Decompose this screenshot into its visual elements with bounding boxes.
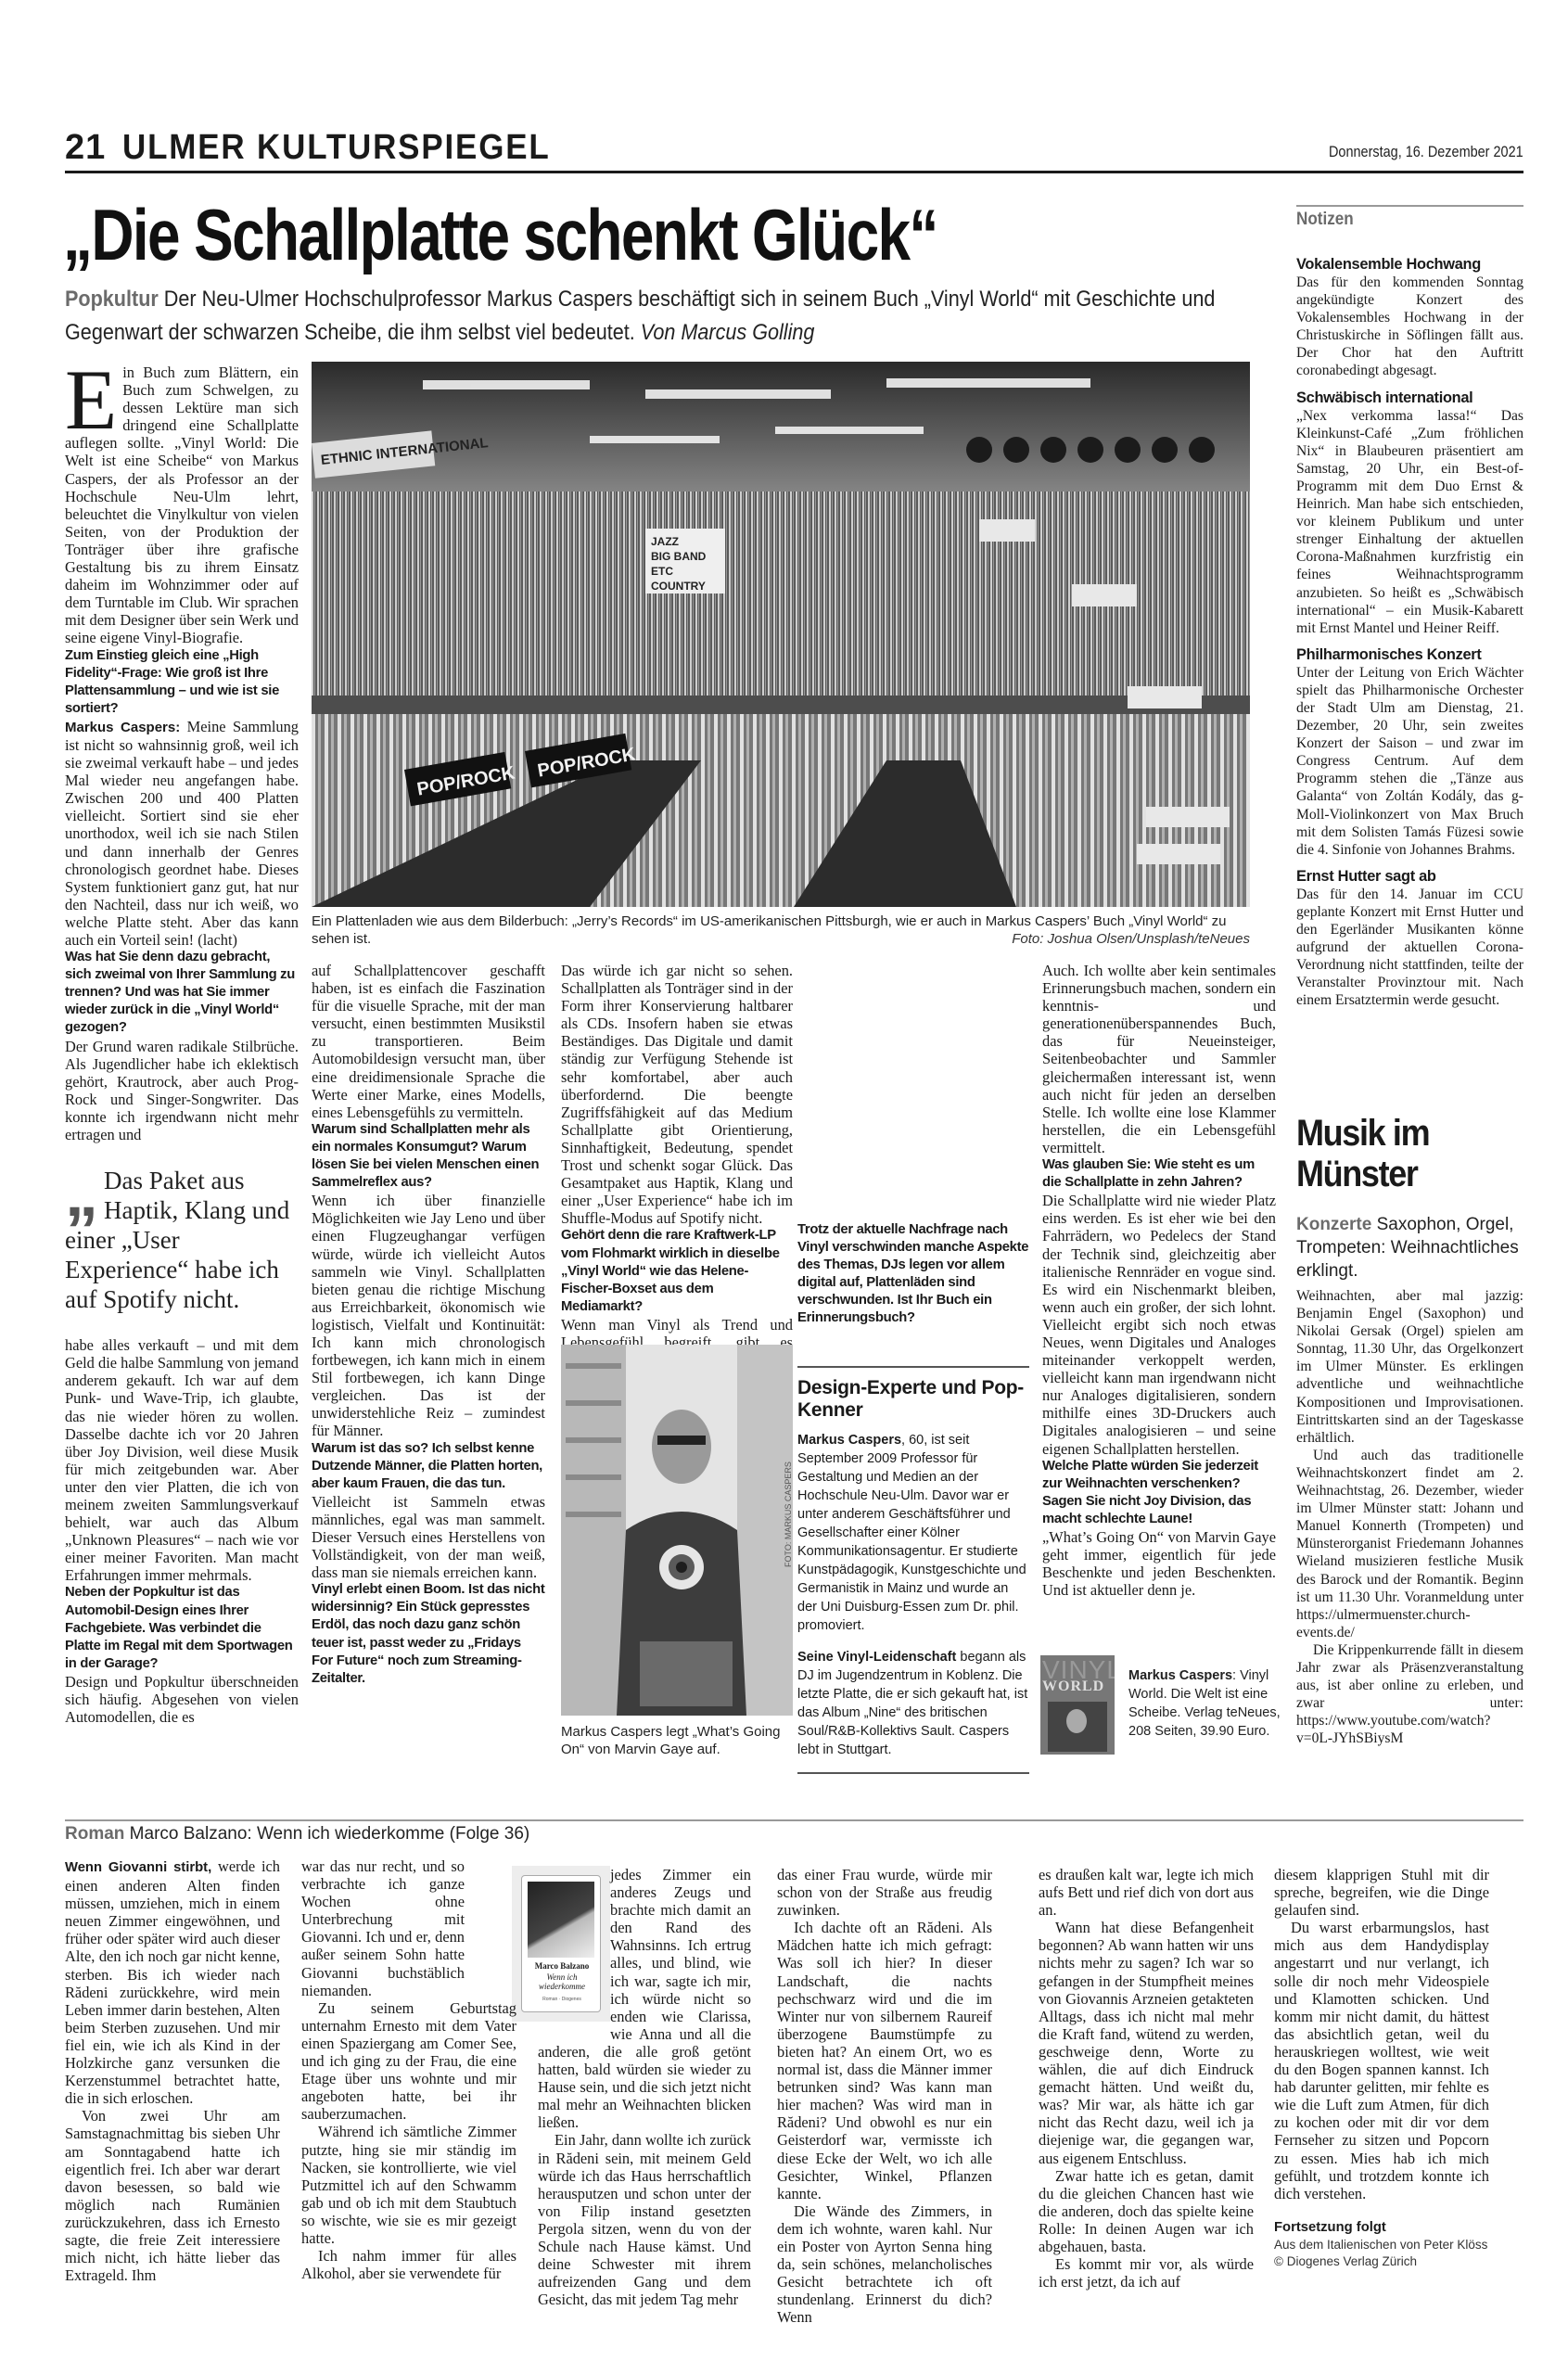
- section-title: ULMER KULTURSPIEGEL: [122, 128, 551, 168]
- note-heading: Schwäbisch international: [1296, 389, 1523, 407]
- interview-question: Was glauben Sie: Wie steht es um die Sch…: [1042, 1156, 1276, 1192]
- roman-column-4: das einer Frau wurde, würde mir schon vo…: [777, 1866, 992, 2326]
- interview-answer: Auch. Ich wollte aber kein sentimales Er…: [1042, 962, 1276, 1156]
- roman-header: Roman Marco Balzano: Wenn ich wiederkomm…: [65, 1824, 529, 1844]
- book-cover: VINYL WORLD: [1040, 1655, 1115, 1755]
- infobox-paragraph: Markus Caspers, 60, ist seit September 2…: [797, 1431, 1029, 1635]
- photo-caption: Ein Plattenladen wie aus dem Bilderbuch:…: [312, 913, 1250, 948]
- note-item: Vokalensemble Hochwang Das für den komme…: [1296, 256, 1523, 380]
- portrait-credit: FOTO: MARKUS CASPERS: [784, 1461, 793, 1567]
- interview-answer: Vielleicht ist Sammeln etwas männliches,…: [312, 1493, 545, 1581]
- article-teaser: Popkultur Der Neu-Ulmer Hochschulprofess…: [65, 283, 1242, 350]
- interview-question: Trotz der aktuelle Nachfrage nach Vinyl …: [797, 1221, 1031, 1328]
- portrait-caption: Markus Caspers legt „What’s Going On“ vo…: [561, 1723, 793, 1758]
- article-column-4: Trotz der aktuelle Nachfrage nach Vinyl …: [797, 962, 1031, 1328]
- bio-infobox: Design-Experte und Pop-Kenner Markus Cas…: [797, 1366, 1029, 1774]
- article-column-2: auf Schallplattencover geschafft haben, …: [312, 962, 545, 1688]
- roman-rule: [65, 1819, 1523, 1821]
- interview-answer: auf Schallplattencover geschafft haben, …: [312, 962, 545, 1121]
- note-text: Unter der Leitung von Erich Wächter spie…: [1296, 664, 1523, 859]
- interview-answer: Wenn ich über finanzielle Möglichkeiten …: [312, 1192, 545, 1439]
- notizen-title: Notizen: [1296, 210, 1354, 230]
- interview-question: Gehört denn die rare Kraftwerk-LP vom Fl…: [561, 1227, 793, 1315]
- issue-date: Donnerstag, 16. Dezember 2021: [1329, 143, 1523, 161]
- portrait-photo: [561, 1345, 793, 1716]
- interview-answer: habe alles verkauft – und mit dem Geld d…: [65, 1336, 299, 1584]
- infobox-title: Design-Experte und Pop-Kenner: [797, 1377, 1029, 1422]
- pullquote: „Das Paket aus Haptik, Klang und einer „…: [65, 1166, 299, 1314]
- notizen-sidebar: Vokalensemble Hochwang Das für den komme…: [1296, 256, 1523, 1009]
- musik-body: Weihnachten, aber mal jazzig: Benjamin E…: [1296, 1287, 1523, 1747]
- copyright-notice: © Diogenes Verlag Zürich: [1274, 2253, 1489, 2270]
- quote-mark-icon: „: [65, 1168, 93, 1219]
- roman-column-5: es draußen kalt war, legte ich mich aufs…: [1039, 1866, 1254, 2291]
- infobox-paragraph: Seine Vinyl-Leidenschaft begann als DJ i…: [797, 1648, 1029, 1759]
- roman-column-3: jedes Zimmer ein anderes Zeugs und brach…: [538, 1866, 751, 2308]
- teaser-kicker: Popkultur: [65, 287, 159, 312]
- note-item: Ernst Hutter sagt ab Das für den 14. Jan…: [1296, 868, 1523, 1010]
- article-intro: Ein Buch zum Blättern, ein Buch zum Schw…: [65, 364, 299, 647]
- interview-question: Warum ist das so? Ich selbst kenne Dutze…: [312, 1440, 545, 1493]
- speaker-label: Markus Caspers:: [65, 720, 180, 735]
- note-heading: Ernst Hutter sagt ab: [1296, 868, 1523, 886]
- page-number: 21: [65, 128, 106, 168]
- note-text: „Nex verkomma lassa!“ Das Kleinkunst-Caf…: [1296, 407, 1523, 637]
- notizen-rule: [1296, 205, 1523, 207]
- svg-text:BIG BAND: BIG BAND: [651, 550, 707, 563]
- continued-label: Fortsetzung folgt: [1274, 2219, 1489, 2237]
- interview-answer: Die Schallplatte wird nie wieder Platz e…: [1042, 1192, 1276, 1457]
- note-text: Das für den kommenden Sonntag angekündig…: [1296, 274, 1523, 380]
- portrait-illustration: [561, 1345, 793, 1716]
- photo-credit: Foto: Joshua Olsen/Unsplash/teNeues: [1012, 930, 1250, 948]
- record-store-illustration: ETHNIC INTERNATIONAL JAZZ BIG BAND ETC C…: [312, 362, 1250, 907]
- roman-column-6: diesem klapprigen Stuhl mit dir spreche,…: [1274, 1866, 1489, 2270]
- note-item: Philharmonisches Konzert Unter der Leitu…: [1296, 646, 1523, 859]
- article-headline: „Die Schallplatte schenkt Glück“: [63, 193, 937, 277]
- svg-text:COUNTRY: COUNTRY: [651, 580, 706, 593]
- roman-column-1: Wenn Giovanni stirbt, werde ich einen an…: [65, 1857, 280, 2284]
- musik-teaser: Konzerte Saxophon, Orgel, Trompeten: Wei…: [1296, 1213, 1523, 1283]
- interview-answer: „What’s Going On“ von Marvin Gaye geht i…: [1042, 1528, 1276, 1599]
- dropcap: E: [65, 365, 117, 434]
- record-store-photo: ETHNIC INTERNATIONAL JAZZ BIG BAND ETC C…: [312, 362, 1250, 907]
- book-info: VINYL WORLD Markus Caspers: Vinyl World.…: [1040, 1655, 1281, 1757]
- interview-answer: Das würde ich gar nicht so sehen. Schall…: [561, 962, 793, 1227]
- book-details: Markus Caspers: Vinyl World. Die Welt is…: [1128, 1666, 1281, 1741]
- roman-column-2: war das nur recht, und so verbrachte ich…: [301, 1857, 516, 2282]
- interview-answer: Markus Caspers: Meine Sammlung ist nicht…: [65, 718, 299, 949]
- musik-headline: Musik im Münster: [1296, 1113, 1501, 1194]
- note-heading: Vokalensemble Hochwang: [1296, 256, 1523, 274]
- interview-answer: Design und Popkultur überschneiden sich …: [65, 1673, 299, 1726]
- interview-answer: Der Grund waren radikale Stilbrüche. Als…: [65, 1038, 299, 1144]
- interview-question: Neben der Popkultur ist das Automobil-De…: [65, 1584, 299, 1672]
- interview-question: Zum Einstieg gleich eine „High Fidelity“…: [65, 647, 299, 718]
- article-column-5: Auch. Ich wollte aber kein sentimales Er…: [1042, 962, 1276, 1599]
- note-heading: Philharmonisches Konzert: [1296, 646, 1523, 664]
- interview-question: Was hat Sie denn dazu gebracht, sich zwe…: [65, 949, 299, 1037]
- note-item: Schwäbisch international „Nex verkomma l…: [1296, 389, 1523, 637]
- roman-lead: Wenn Giovanni stirbt,: [65, 1860, 211, 1875]
- byline: Von Marcus Golling: [641, 320, 815, 345]
- masthead: 21 ULMER KULTURSPIEGEL Donnerstag, 16. D…: [65, 128, 1523, 176]
- svg-text:JAZZ: JAZZ: [651, 535, 679, 548]
- masthead-rule: [65, 171, 1523, 173]
- interview-question: Vinyl erlebt einen Boom. Ist das nicht w…: [312, 1581, 545, 1688]
- note-text: Das für den 14. Januar im CCU geplante K…: [1296, 886, 1523, 1010]
- interview-question: Warum sind Schallplatten mehr als ein no…: [312, 1121, 545, 1192]
- translator-credit: Aus dem Italienischen von Peter Klöss: [1274, 2237, 1489, 2253]
- svg-text:ETC: ETC: [651, 565, 673, 578]
- interview-question: Welche Platte würden Sie jederzeit zur W…: [1042, 1458, 1276, 1528]
- article-column-1: Ein Buch zum Blättern, ein Buch zum Schw…: [65, 364, 299, 1726]
